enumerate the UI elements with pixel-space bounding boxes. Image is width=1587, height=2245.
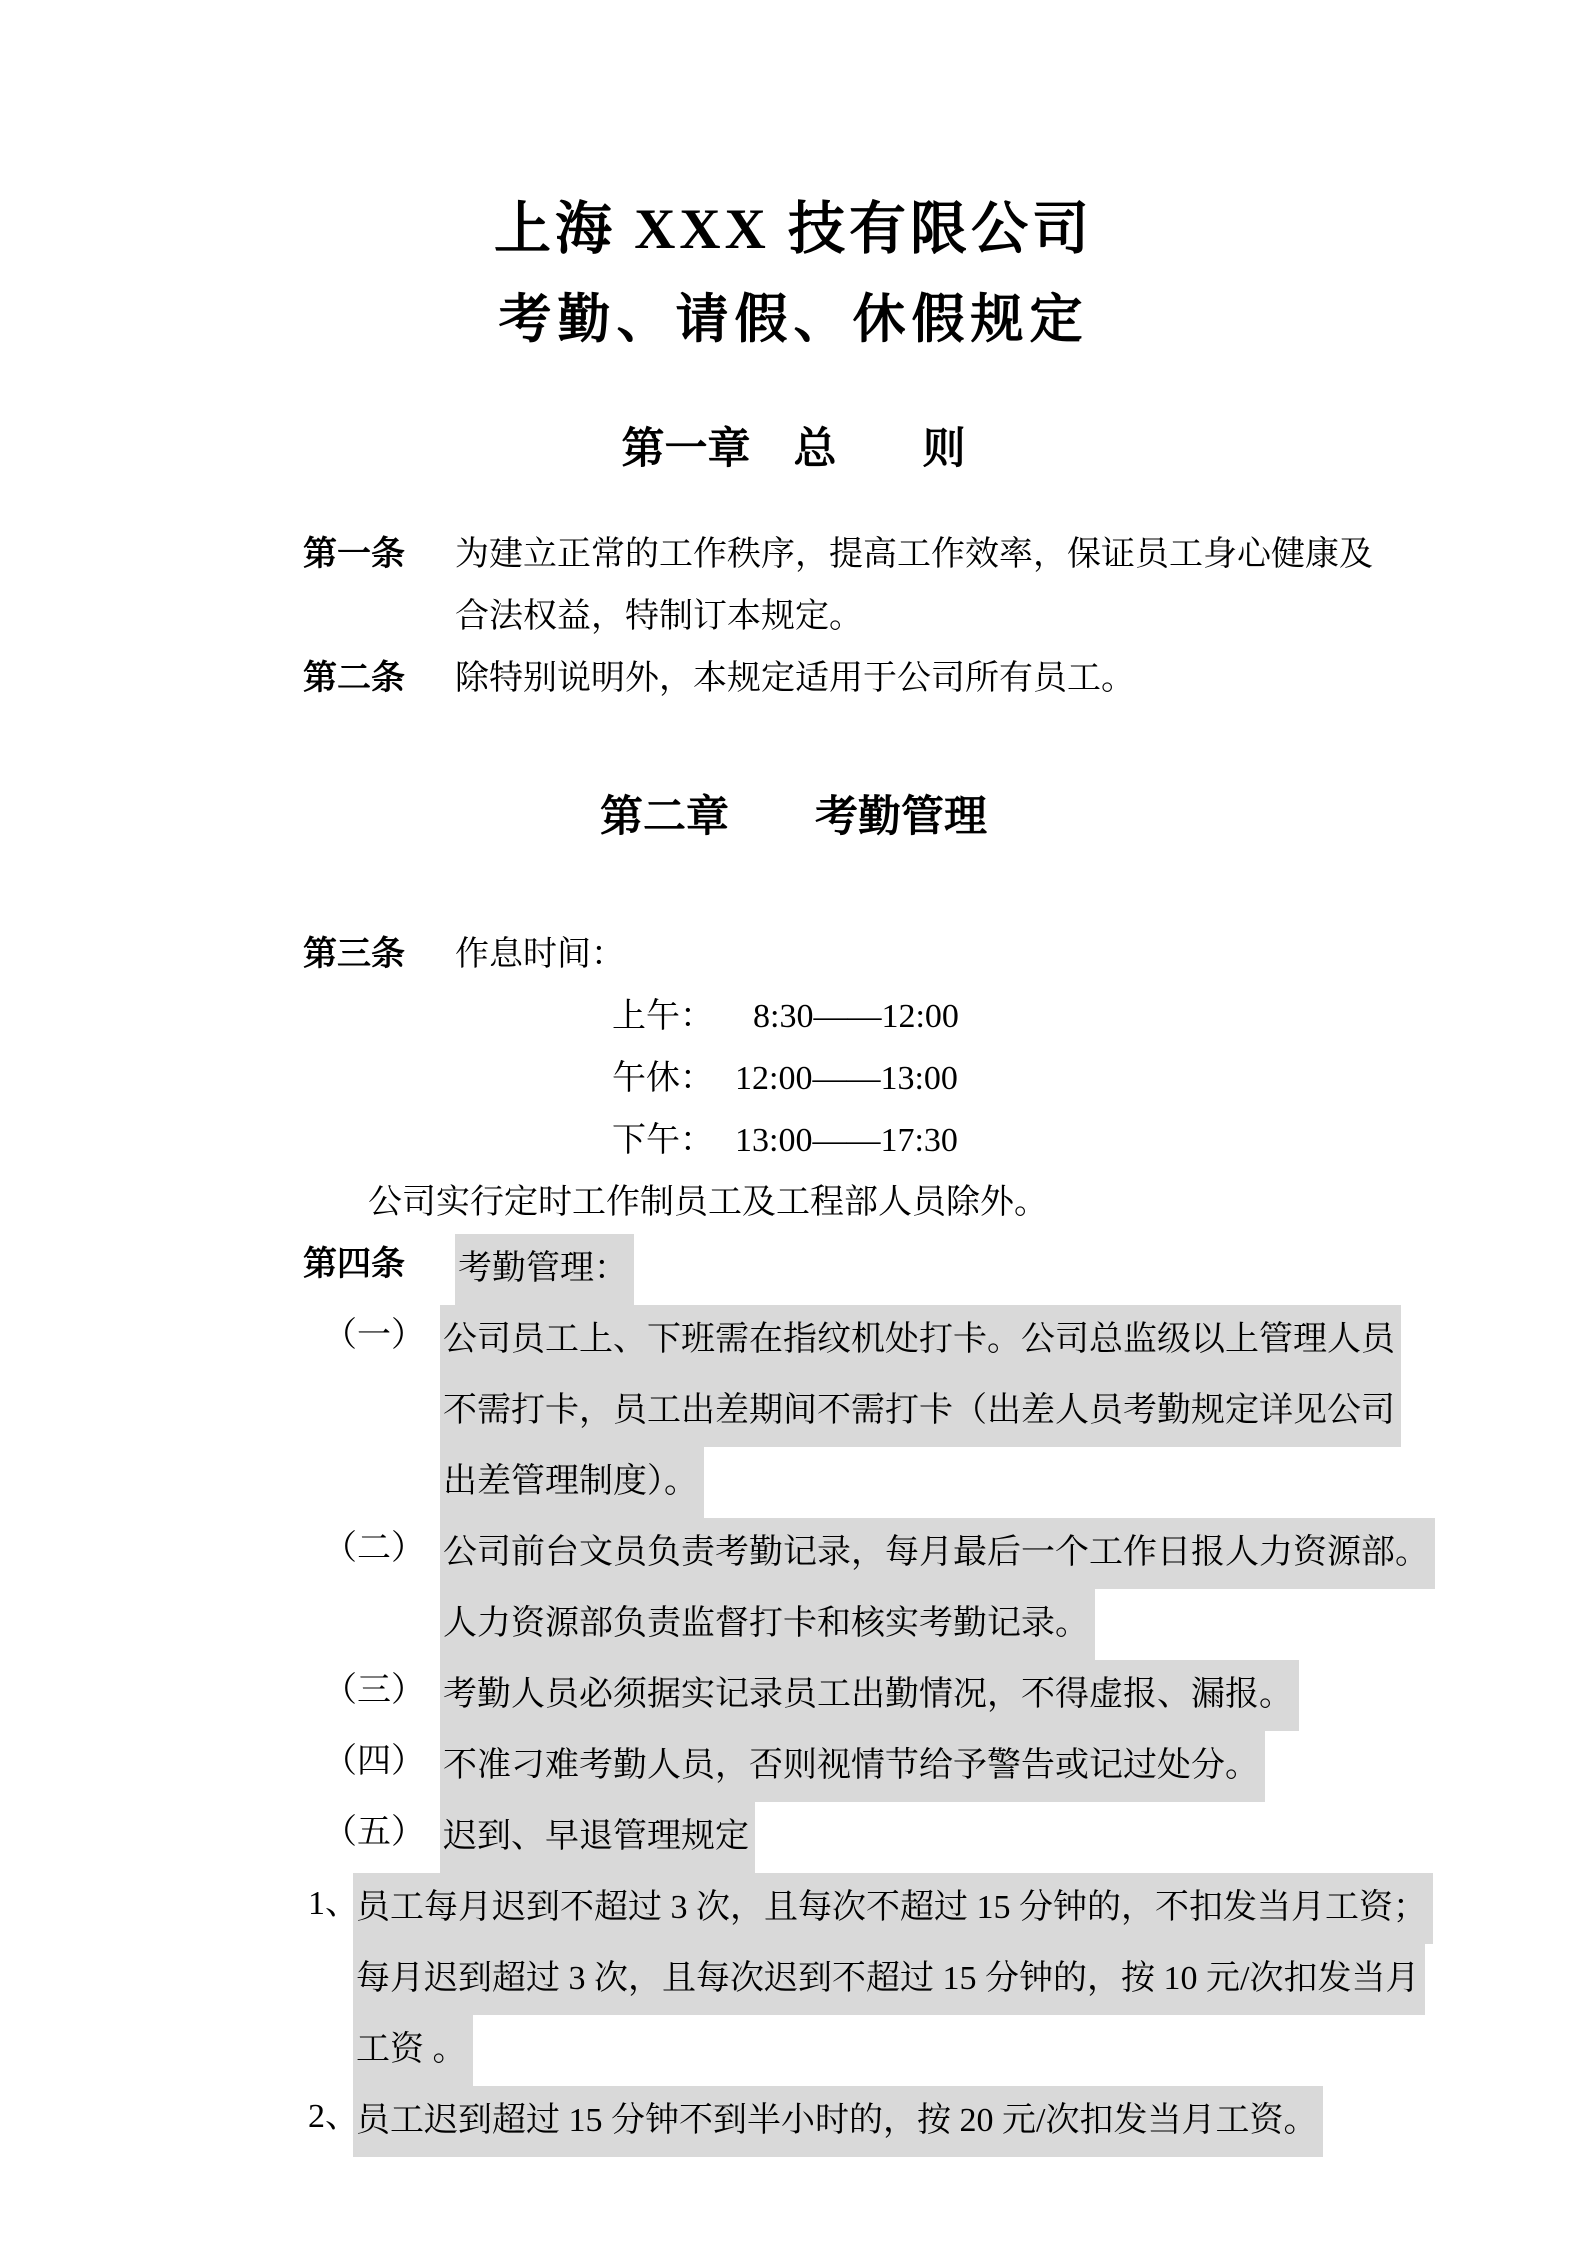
numbered-item-1-row: 1、 员工每月迟到不超过 3 次，且每次不超过 15 分钟的，不扣发当月工资； (308, 1873, 1587, 1944)
clause-4-row: （四） 不准刁难考勤人员，否则视情节给予警告或记过处分。 (323, 1731, 1587, 1802)
article-3-label: 第三条 (303, 924, 455, 986)
clause-4-line-1: 不准刁难考勤人员，否则视情节给予警告或记过处分。 (440, 1731, 1265, 1802)
clause-3-line-1: 考勤人员必须据实记录员工出勤情况，不得虚报、漏报。 (440, 1660, 1299, 1731)
document-page: 上海 XXX 技有限公司 考勤、请假、休假规定 第一章 总 则 第一条 为建立正… (0, 0, 1587, 2245)
highlighted-text: 每月迟到超过 3 次，且每次迟到不超过 15 分钟的，按 10 元/次扣发当月 (353, 1944, 1425, 2015)
clause-5-row: （五） 迟到、早退管理规定 (323, 1802, 1587, 1873)
clause-2-row: （二） 公司前台文员负责考勤记录，每月最后一个工作日报人力资源部。 (323, 1518, 1587, 1589)
numbered-item-2-line-1: 员工迟到超过 15 分钟不到半小时的，按 20 元/次扣发当月工资。 (353, 2086, 1323, 2157)
schedule-label-noon: 午休： (612, 1048, 735, 1110)
schedule-label-afternoon: 下午： (612, 1110, 735, 1172)
document-title: 考勤、请假、休假规定 (0, 285, 1587, 355)
article-1-line-2: 合法权益，特制订本规定。 (455, 586, 1587, 648)
article-4-line-1: 考勤管理： (455, 1234, 634, 1305)
clause-3-row: （三） 考勤人员必须据实记录员工出勤情况，不得虚报、漏报。 (323, 1660, 1587, 1731)
numbered-item-1-label: 1、 (308, 1873, 353, 1944)
numbered-item-2-label: 2、 (308, 2086, 353, 2157)
clause-1-line-3: 出差管理制度）。 (440, 1447, 1587, 1518)
article-3-row: 第三条 作息时间： (303, 924, 1587, 986)
article-1-line-1: 为建立正常的工作秩序，提高工作效率，保证员工身心健康及 (455, 524, 1373, 586)
clause-1-label: （一） (323, 1305, 440, 1376)
highlighted-text: 出差管理制度）。 (440, 1447, 704, 1518)
clause-2-line-1: 公司前台文员负责考勤记录，每月最后一个工作日报人力资源部。 (440, 1518, 1435, 1589)
article-3-line-1: 作息时间： (455, 924, 625, 986)
schedule-value-noon: 12:00——13:00 (735, 1048, 958, 1110)
clause-3-label: （三） (323, 1660, 440, 1731)
article-1-row: 第一条 为建立正常的工作秩序，提高工作效率，保证员工身心健康及 (303, 524, 1587, 586)
schedule-row-afternoon: 下午： 13:00——17:30 (612, 1110, 1587, 1172)
clause-2-line-2: 人力资源部负责监督打卡和核实考勤记录。 (440, 1589, 1587, 1660)
highlighted-text: 工资 。 (353, 2015, 473, 2086)
highlighted-text: 不需打卡，员工出差期间不需打卡（出差人员考勤规定详见公司 (440, 1376, 1401, 1447)
clause-1-line-1: 公司员工上、下班需在指纹机处打卡。公司总监级以上管理人员 (440, 1305, 1401, 1376)
article-2-row: 第二条 除特别说明外，本规定适用于公司所有员工。 (303, 648, 1587, 710)
schedule-value-morning: 8:30——12:00 (735, 986, 959, 1048)
company-title: 上海 XXX 技有限公司 (0, 195, 1587, 265)
schedule-row-morning: 上午： 8:30——12:00 (612, 986, 1587, 1048)
schedule-note: 公司实行定时工作制员工及工程部人员除外。 (368, 1172, 1587, 1234)
chapter-2-heading: 第二章 考勤管理 (0, 788, 1587, 846)
numbered-item-1-line-2: 每月迟到超过 3 次，且每次迟到不超过 15 分钟的，按 10 元/次扣发当月 (353, 1944, 1587, 2015)
article-4-label: 第四条 (303, 1234, 455, 1305)
highlighted-text: 人力资源部负责监督打卡和核实考勤记录。 (440, 1589, 1095, 1660)
clause-2-label: （二） (323, 1518, 440, 1589)
numbered-item-1-line-1: 员工每月迟到不超过 3 次，且每次不超过 15 分钟的，不扣发当月工资； (353, 1873, 1433, 1944)
clause-4-label: （四） (323, 1731, 440, 1802)
schedule-value-afternoon: 13:00——17:30 (735, 1110, 958, 1172)
clause-5-line-1: 迟到、早退管理规定 (440, 1802, 755, 1873)
schedule-row-noon: 午休： 12:00——13:00 (612, 1048, 1587, 1110)
numbered-item-1-line-3: 工资 。 (353, 2015, 1587, 2086)
numbered-item-2-row: 2、 员工迟到超过 15 分钟不到半小时的，按 20 元/次扣发当月工资。 (308, 2086, 1587, 2157)
article-2-label: 第二条 (303, 648, 455, 710)
clause-1-line-2: 不需打卡，员工出差期间不需打卡（出差人员考勤规定详见公司 (440, 1376, 1587, 1447)
article-1-label: 第一条 (303, 524, 455, 586)
chapter-1-heading: 第一章 总 则 (0, 420, 1587, 478)
schedule-label-morning: 上午： (612, 986, 735, 1048)
clause-5-label: （五） (323, 1802, 440, 1873)
article-2-line-1: 除特别说明外，本规定适用于公司所有员工。 (455, 648, 1135, 710)
clause-1-row: （一） 公司员工上、下班需在指纹机处打卡。公司总监级以上管理人员 (323, 1305, 1587, 1376)
article-4-row: 第四条 考勤管理： (303, 1234, 1587, 1305)
